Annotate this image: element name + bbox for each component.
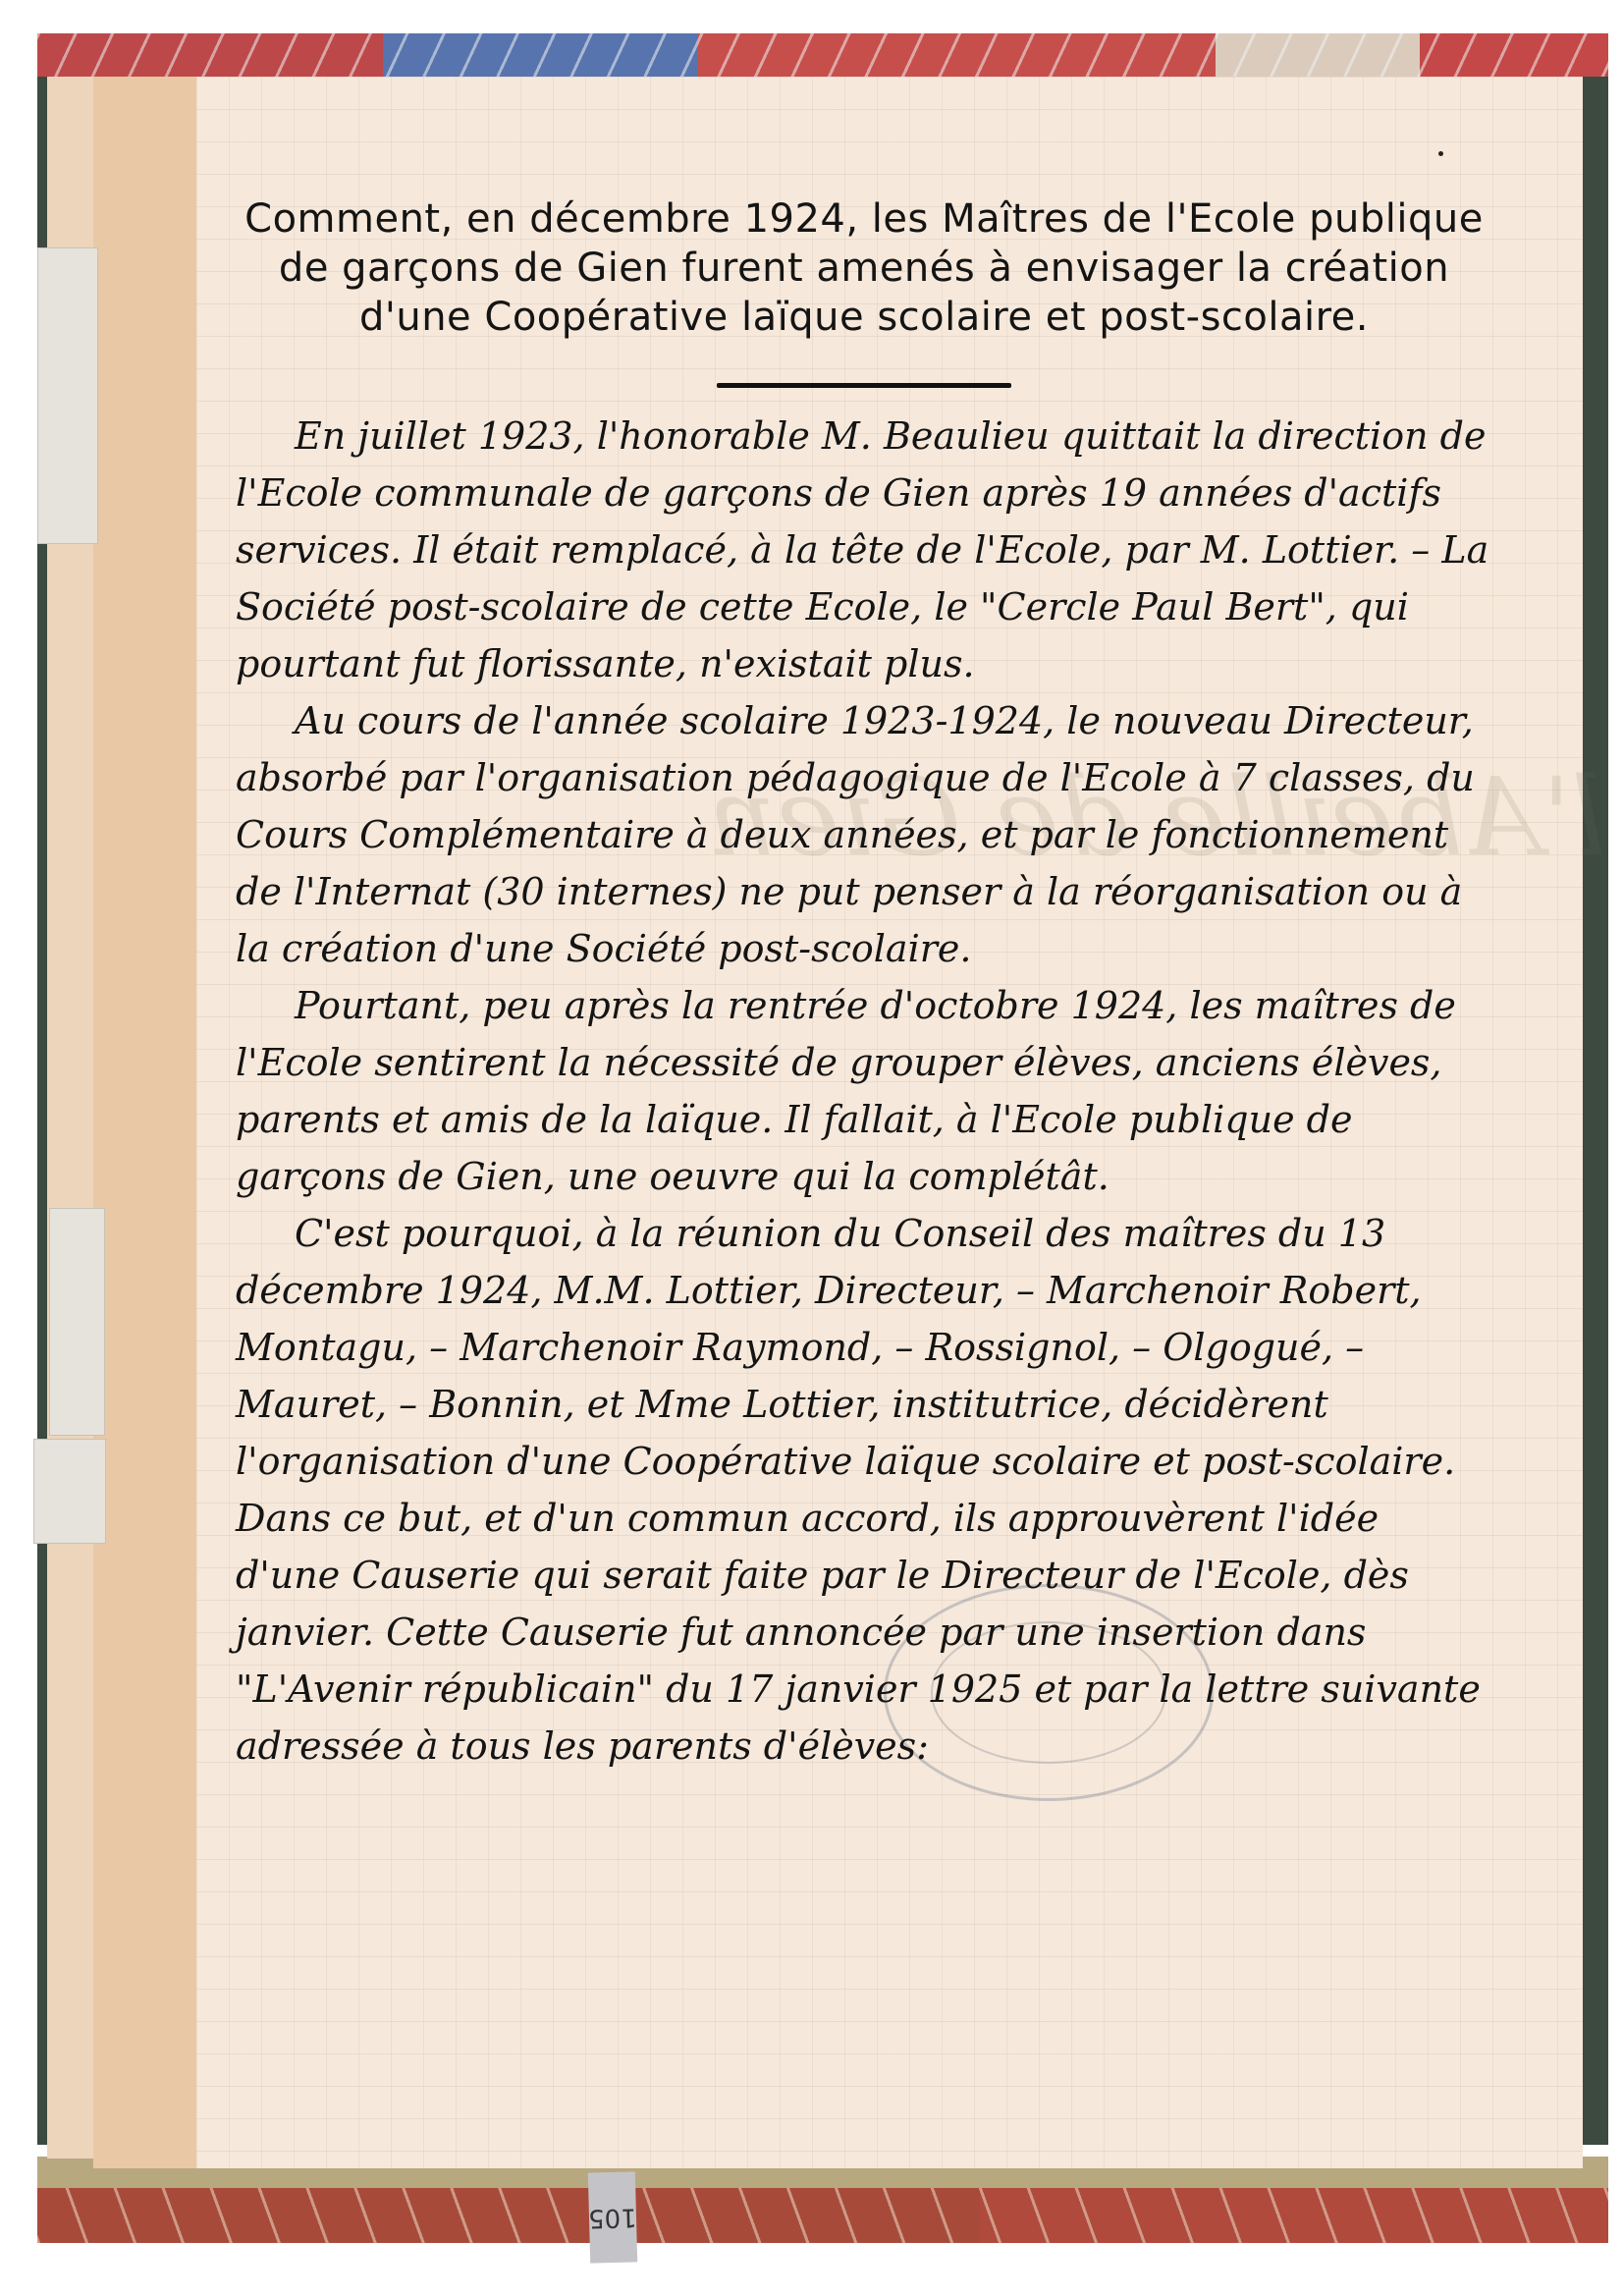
- page-number: 105: [588, 2202, 637, 2232]
- marbled-edge-top: [37, 33, 1608, 77]
- title-line: de garçons de Gien furent amenés à envis…: [236, 244, 1492, 293]
- marbled-edge-bottom: [37, 2188, 1608, 2243]
- flyleaf-inner: [93, 77, 199, 2168]
- repair-tape: [37, 247, 98, 544]
- paragraph: C'est pourquoi, à la réunion du Conseil …: [236, 1205, 1492, 1775]
- page-number-tag: 105: [588, 2171, 637, 2263]
- title-line: d'une Coopérative laïque scolaire et pos…: [236, 293, 1492, 342]
- title-line: Comment, en décembre 1924, les Maîtres d…: [236, 194, 1492, 244]
- repair-tape: [33, 1439, 106, 1544]
- document-content: Comment, en décembre 1924, les Maîtres d…: [236, 118, 1492, 1775]
- paragraph: En juillet 1923, l'honorable M. Beaulieu…: [236, 408, 1492, 692]
- document-body: En juillet 1923, l'honorable M. Beaulieu…: [236, 408, 1492, 1775]
- title-separator-rule: [717, 383, 1011, 388]
- paragraph: Pourtant, peu après la rentrée d'octobre…: [236, 977, 1492, 1205]
- paragraph: Au cours de l'année scolaire 1923-1924, …: [236, 692, 1492, 977]
- document-title: Comment, en décembre 1924, les Maîtres d…: [236, 194, 1492, 342]
- repair-tape: [49, 1208, 105, 1436]
